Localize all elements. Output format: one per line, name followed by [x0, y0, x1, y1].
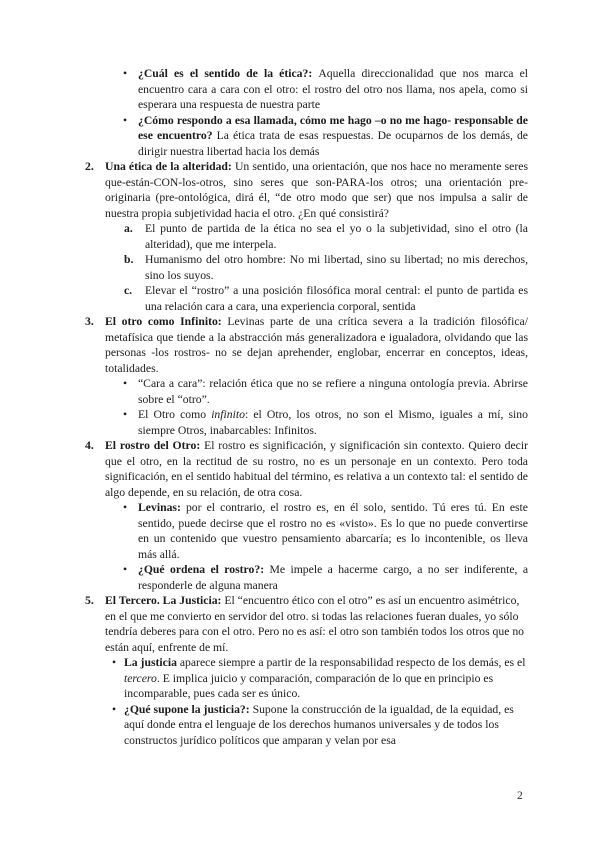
numbered-item: 2.Una ética de la alteridad: Un sentido,… [85, 159, 528, 221]
text-segment: Levinas: [138, 501, 186, 514]
item-text: La justicia aparece siempre a partir de … [124, 655, 528, 702]
text-segment: La justicia [124, 656, 180, 669]
bullet-item: •Levinas: por el contrario, el rostro es… [123, 500, 528, 562]
numbered-item: 4.El rostro del Otro: El rostro es signi… [85, 438, 528, 500]
text-segment: Una ética de la alteridad: [105, 160, 235, 173]
bullet-item: •El Otro como infinito: el Otro, los otr… [123, 407, 528, 438]
page-number: 2 [517, 790, 523, 802]
text-segment: tercero [124, 672, 157, 685]
text-segment: ¿Cuál es el sentido de la ética?: [138, 67, 318, 80]
item-text: El punto de partida de la ética no sea e… [145, 221, 528, 252]
item-text: Elevar el “rostro” a una posición filosó… [145, 283, 528, 314]
item-text: El Otro como infinito: el Otro, los otro… [138, 407, 528, 438]
bullet-icon: • [123, 66, 138, 82]
item-text: Humanismo del otro hombre: No mi liberta… [145, 252, 528, 283]
bullet-item: •“Cara a cara”: relación ética que no se… [123, 376, 528, 407]
lettered-item: b.Humanismo del otro hombre: No mi liber… [124, 252, 528, 283]
text-segment: ¿Qué supone la justicia?: [124, 703, 253, 716]
bullet-icon: • [123, 562, 138, 578]
item-text: ¿Qué supone la justicia?: Supone la cons… [124, 702, 528, 749]
numbered-item: 5.El Tercero. La Justicia: El “encuentro… [85, 593, 528, 655]
text-segment: infinito [211, 408, 245, 421]
text-segment: Humanismo del otro hombre: No mi liberta… [145, 253, 528, 282]
lettered-item: a.El punto de partida de la ética no sea… [124, 221, 528, 252]
text-segment: ¿Qué ordena el rostro?: [138, 563, 269, 576]
item-marker: c. [124, 283, 145, 299]
item-text: ¿Cuál es el sentido de la ética?: Aquell… [138, 66, 528, 113]
text-segment: . E implica juicio y comparación, compar… [124, 672, 493, 701]
text-segment: El punto de partida de la ética no sea e… [145, 222, 528, 251]
numbered-item: 3.El otro como Infinito: Levinas parte d… [85, 314, 528, 376]
text-segment: El Otro como [138, 408, 211, 421]
item-text: Una ética de la alteridad: Un sentido, u… [105, 159, 528, 221]
text-segment: por el contrario, el rostro es, en él so… [138, 501, 528, 561]
text-segment: Elevar el “rostro” a una posición filosó… [145, 284, 528, 313]
item-text: Levinas: por el contrario, el rostro es,… [138, 500, 528, 562]
item-text: El otro como Infinito: Levinas parte de … [105, 314, 528, 376]
item-marker: 3. [85, 314, 105, 330]
text-segment: El otro como Infinito: [105, 315, 227, 328]
lettered-item: c.Elevar el “rostro” a una posición filo… [124, 283, 528, 314]
bullet-item: •¿Qué ordena el rostro?: Me impele a hac… [123, 562, 528, 593]
bullet-item: •La justicia aparece siempre a partir de… [112, 655, 528, 702]
bullet-item: •¿Cómo respondo a esa llamada, cómo me h… [123, 113, 528, 160]
item-text: ¿Cómo respondo a esa llamada, cómo me ha… [138, 113, 528, 160]
text-segment: El Tercero. La Justicia: [105, 594, 224, 607]
bullet-item: •¿Qué supone la justicia?: Supone la con… [112, 702, 528, 749]
bullet-icon: • [123, 113, 138, 129]
item-marker: b. [124, 252, 145, 268]
item-marker: 5. [85, 593, 105, 609]
item-text: El rostro del Otro: El rostro es signifi… [105, 438, 528, 500]
text-segment: “Cara a cara”: relación ética que no se … [138, 377, 528, 406]
bullet-item: •¿Cuál es el sentido de la ética?: Aquel… [123, 66, 528, 113]
item-marker: 2. [85, 159, 105, 175]
text-segment: El rostro del Otro: [105, 439, 204, 452]
item-text: El Tercero. La Justicia: El “encuentro é… [105, 593, 528, 655]
item-marker: a. [124, 221, 145, 237]
document-content: •¿Cuál es el sentido de la ética?: Aquel… [85, 66, 528, 748]
item-text: “Cara a cara”: relación ética que no se … [138, 376, 528, 407]
bullet-icon: • [112, 702, 124, 718]
bullet-icon: • [123, 500, 138, 516]
bullet-icon: • [112, 655, 124, 671]
item-text: ¿Qué ordena el rostro?: Me impele a hace… [138, 562, 528, 593]
text-segment: aparece siempre a partir de la responsab… [180, 656, 526, 669]
bullet-icon: • [123, 376, 138, 392]
document-page: •¿Cuál es el sentido de la ética?: Aquel… [0, 0, 600, 848]
item-marker: 4. [85, 438, 105, 454]
bullet-icon: • [123, 407, 138, 423]
